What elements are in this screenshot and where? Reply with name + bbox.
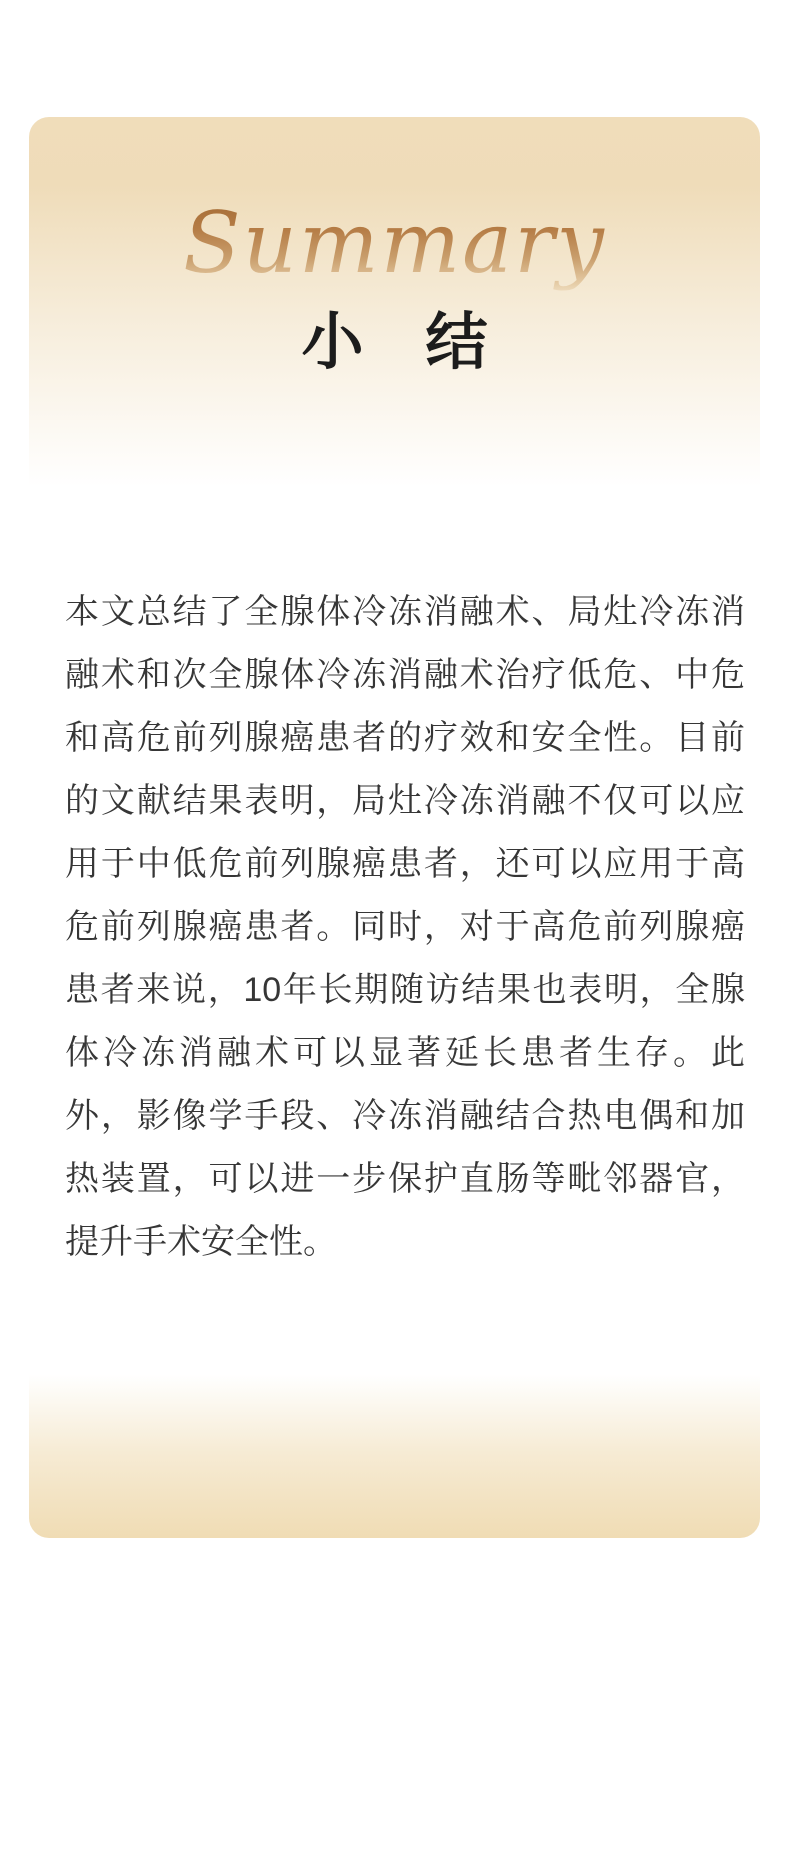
paragraph-line: 提升手术安全性。: [65, 1211, 745, 1274]
paragraph-line: 危前列腺癌患者。同时，对于高危前列腺癌: [65, 896, 745, 959]
paragraph-line: 体冷冻消融术可以显著延长患者生存。此: [65, 1022, 745, 1085]
summary-script-title: Summary: [29, 195, 760, 292]
paragraph-line: 外，影像学手段、冷冻消融结合热电偶和加: [65, 1085, 745, 1148]
section-title-chinese: 小 结: [29, 307, 760, 379]
paragraph-line: 融术和次全腺体冷冻消融术治疗低危、中危: [65, 644, 745, 707]
page: { "page": { "background_color": "#ffffff…: [0, 0, 800, 1873]
paragraph-line: 热装置，可以进一步保护直肠等毗邻器官，: [65, 1148, 745, 1211]
paragraph-line: 的文献结果表明，局灶冷冻消融不仅可以应: [65, 770, 745, 833]
paragraph-line: 本文总结了全腺体冷冻消融术、局灶冷冻消: [65, 581, 745, 644]
summary-paragraph: 本文总结了全腺体冷冻消融术、局灶冷冻消 融术和次全腺体冷冻消融术治疗低危、中危 …: [65, 581, 745, 1274]
paragraph-line: 和高危前列腺癌患者的疗效和安全性。目前: [65, 707, 745, 770]
paragraph-line: 用于中低危前列腺癌患者，还可以应用于高: [65, 833, 745, 896]
paragraph-line: 患者来说，10年长期随访结果也表明，全腺: [65, 959, 745, 1022]
summary-card: Summary 小 结 本文总结了全腺体冷冻消融术、局灶冷冻消 融术和次全腺体冷…: [29, 117, 760, 1538]
